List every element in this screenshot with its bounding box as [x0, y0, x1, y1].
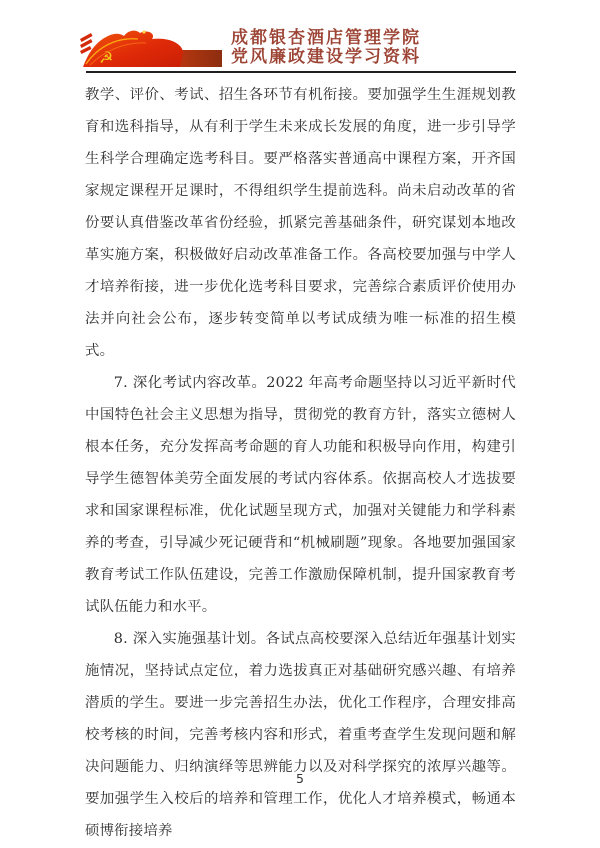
- page-number: 5: [296, 771, 304, 786]
- body-paragraph: 8. 深入实施强基计划。各试点高校要深入总结近年强基计划实施情况，坚持试点定位，…: [85, 623, 516, 847]
- flag-flame-shape: [83, 31, 183, 67]
- party-flame-logo-icon: ☭: [80, 27, 222, 69]
- header-divider: [86, 71, 516, 73]
- body-paragraph: 教学、评价、考试、招生各环节有机衔接。要加强学生生涯规划教育和选科指导，从有利于…: [85, 79, 516, 367]
- body-paragraph: 7. 深化考试内容改革。2022 年高考命题坚持以习近平新时代中国特色社会主义思…: [85, 367, 516, 623]
- party-emblem-icon: ☭: [99, 48, 113, 67]
- document-header: ☭ 成都银杏酒店管理学院 党风廉政建设学习资料: [80, 27, 516, 71]
- flame-spark: [142, 30, 145, 33]
- header-title-line2: 党风廉政建设学习资料: [231, 48, 421, 67]
- document-footer: 5: [0, 768, 600, 787]
- document-page: ☭ 成都银杏酒店管理学院 党风廉政建设学习资料 教学、评价、考试、招生各环节有机…: [0, 0, 600, 848]
- document-body: 教学、评价、考试、招生各环节有机衔接。要加强学生生涯规划教育和选科指导，从有利于…: [85, 79, 516, 847]
- header-title-block: 成都银杏酒店管理学院 党风廉政建设学习资料: [231, 29, 421, 67]
- header-title-line1: 成都银杏酒店管理学院: [231, 29, 421, 48]
- flag-stripes: [80, 33, 93, 54]
